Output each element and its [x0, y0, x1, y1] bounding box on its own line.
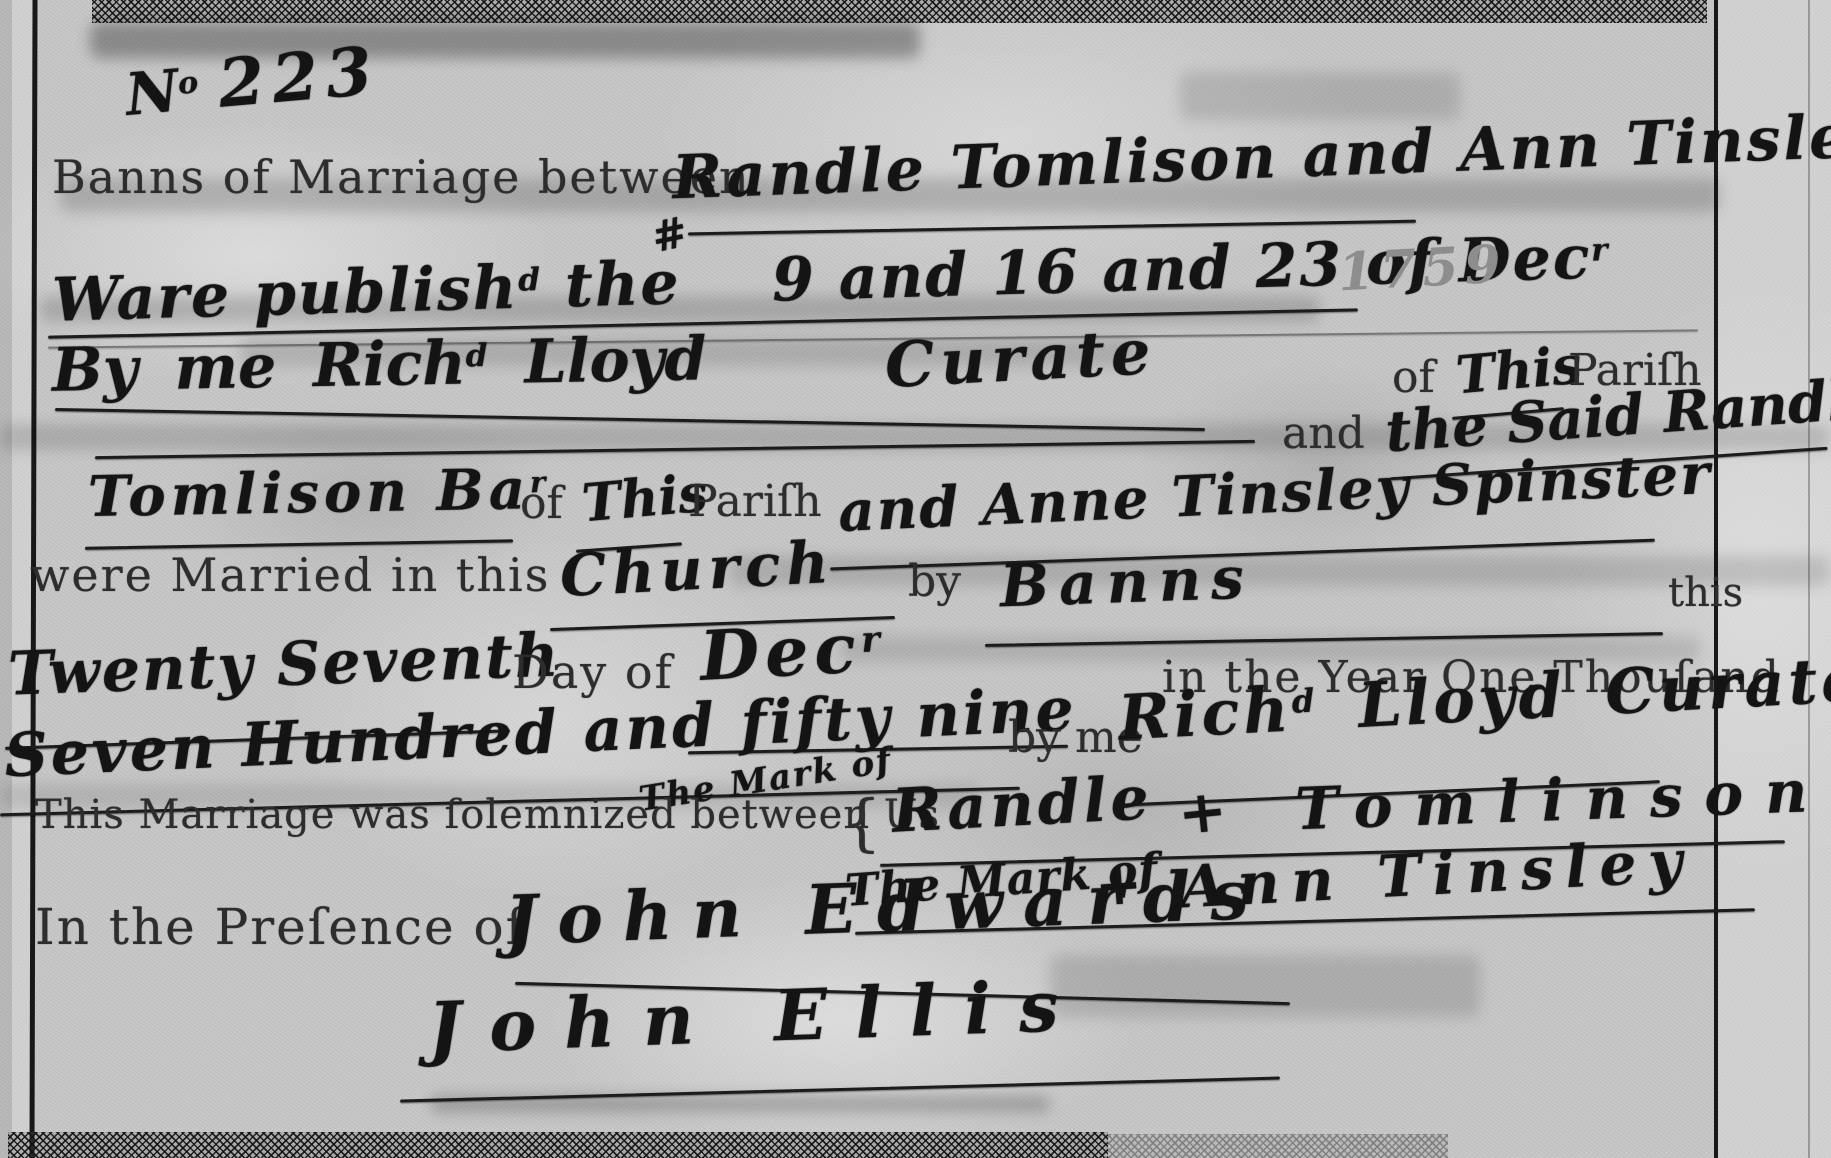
- handwritten-tomlison-bachelor: Tomlison Bar: [87, 456, 551, 530]
- handwritten-banns: Banns: [999, 544, 1255, 621]
- top-ornament-band: [92, 0, 1707, 23]
- handwritten-anne-spinster: and Anne Tinsley Spinster: [837, 441, 1713, 545]
- handwritten-cross-mark-1: +: [1175, 776, 1230, 849]
- handwritten-church: Church: [558, 528, 836, 610]
- printed-brace: {: [842, 786, 881, 859]
- published-sup-r: r: [1591, 232, 1610, 269]
- tomlison-text: Tomlison Ba: [87, 456, 530, 530]
- byme-sup-d: d: [465, 338, 487, 374]
- printed-parish-2: Pariſh: [688, 476, 822, 527]
- printed-banns-between: Banns of Marriage between: [52, 150, 751, 204]
- printed-by-1: by: [908, 556, 961, 607]
- printed-presence-of: In the Preſence of: [35, 898, 526, 956]
- handwritten-randle-signature: Randle: [890, 763, 1154, 847]
- entry-number-n: N: [123, 57, 182, 129]
- entry-number-value: 223: [215, 31, 383, 123]
- left-page-edge: [0, 0, 12, 1158]
- december-text: Dec: [698, 608, 864, 696]
- handwritten-curate-1: Curate: [883, 315, 1158, 402]
- pencil-year: 1759: [1337, 234, 1509, 304]
- december-sup-r: r: [860, 619, 887, 661]
- printed-day-of: Day of: [512, 645, 674, 699]
- byme-text-a: By me Rich: [51, 328, 466, 405]
- published-sup-d: d: [518, 262, 543, 299]
- scan-streak: [1180, 72, 1460, 120]
- entry-number-sup: o: [177, 65, 200, 102]
- handwritten-twenty-seventh: Twenty Seventh: [7, 620, 562, 709]
- printed-solemnized: This Marriage was ſolemnized between Us: [35, 792, 940, 838]
- scan-streak: [1050, 955, 1480, 1017]
- printed-of-2: of: [520, 478, 563, 529]
- printed-and-1: and: [1282, 408, 1365, 459]
- handwritten-witness-1: John Edwards: [504, 855, 1270, 962]
- byme-text-b: Lloyd: [524, 324, 707, 397]
- bottom-ornament-band-fade: [1108, 1134, 1448, 1158]
- bottom-ornament-band: [8, 1132, 1108, 1158]
- printed-were-married: were Married in this: [30, 548, 550, 602]
- curate2-sup-d: d: [1291, 681, 1319, 720]
- handwritten-by-me-curate: By me Richd Lloyd: [51, 324, 706, 405]
- handwritten-witness-2: John Ellis: [427, 964, 1088, 1070]
- scan-streak: [730, 556, 1830, 586]
- register-page-scan: No 223 Banns of Marriage between Randle …: [0, 0, 1831, 1158]
- published-text-a: Ware publish: [51, 253, 519, 336]
- curate2-text-a: Rich: [1117, 672, 1294, 754]
- printed-this-1: this: [1668, 570, 1743, 616]
